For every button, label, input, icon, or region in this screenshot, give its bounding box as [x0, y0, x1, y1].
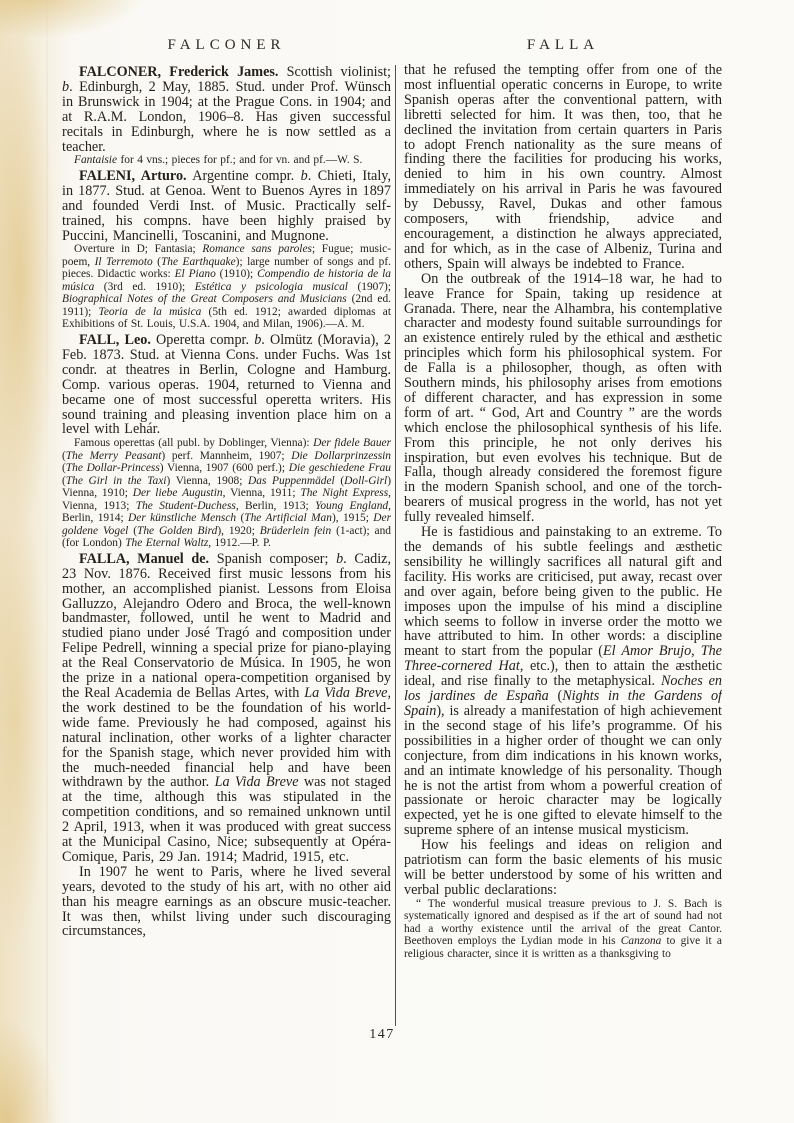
entry-falla: FALLA, Manuel de. Spanish composer; b. C…	[62, 552, 391, 865]
entry-fall-works: Famous operettas (all publ. by Doblinger…	[62, 437, 391, 550]
falla-paragraph-fastidious: He is fastidious and painstaking to an e…	[404, 525, 722, 838]
book-page-scan: FALCONER FALLA FALCONER, Frederick James…	[0, 0, 794, 1123]
falla-paragraph-outbreak: On the outbreak of the 1914–18 war, he h…	[404, 272, 722, 525]
left-column: FALCONER, Frederick James. Scottish viol…	[62, 63, 391, 939]
entry-faleni-works: Overture in D; Fantasia; Romance sans pa…	[62, 243, 391, 331]
running-head-falconer: FALCONER	[62, 37, 391, 54]
right-column: that he refused the tempting offer from …	[404, 63, 722, 960]
entry-falconer: FALCONER, Frederick James. Scottish viol…	[62, 65, 391, 154]
falla-continuation-paragraph: that he refused the tempting offer from …	[404, 63, 722, 272]
falla-paragraph-declarations: How his feelings and ideas on religion a…	[404, 838, 722, 898]
falla-paragraph-paris: In 1907 he went to Paris, where he lived…	[62, 865, 391, 940]
entry-faleni: FALENI, Arturo. Argentine compr. b. Chie…	[62, 169, 391, 244]
running-head-falla: FALLA	[404, 37, 722, 54]
falla-quotation-small-print: “ The wonderful musical treasure previou…	[404, 898, 722, 961]
entry-fall: FALL, Leo. Operetta compr. b. Olmütz (Mo…	[62, 333, 391, 437]
page-number: 147	[327, 1027, 437, 1043]
binding-crease	[46, 0, 48, 1123]
column-divider-rule	[395, 65, 396, 1026]
entry-falconer-works: Fantaisie for 4 vns.; pieces for pf.; an…	[62, 154, 391, 167]
